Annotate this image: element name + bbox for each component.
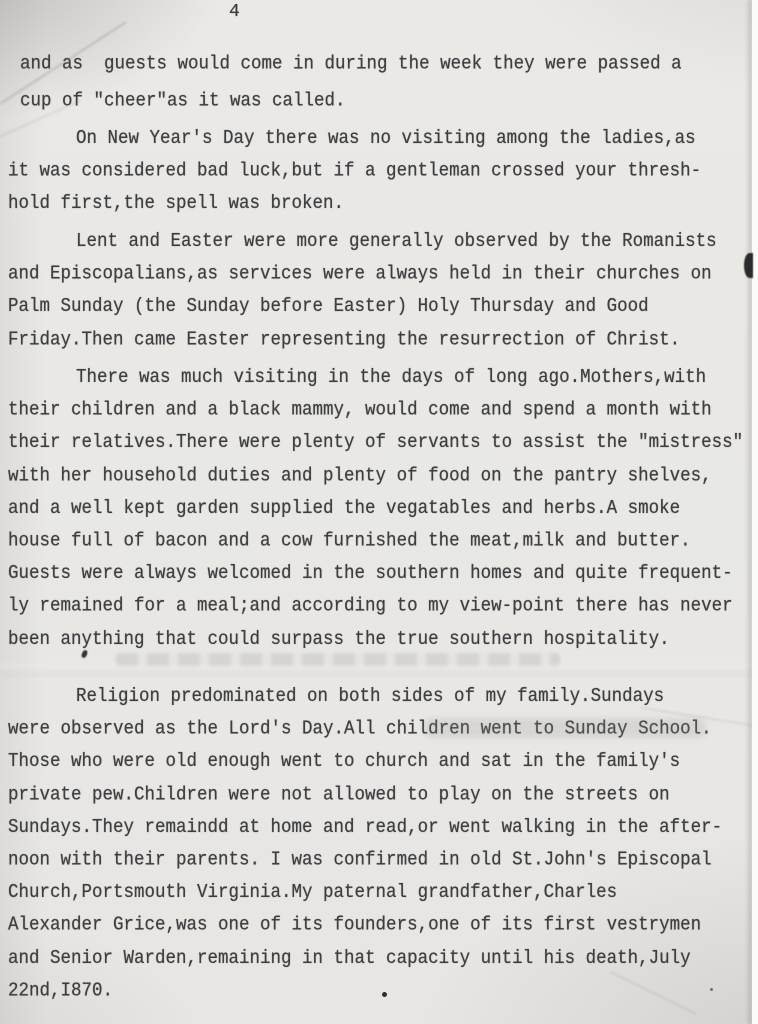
paper-edge-notch [744, 253, 753, 278]
paper-edge-shadow [745, 0, 752, 1024]
ink-speck [710, 988, 713, 991]
eraser-smudge [424, 718, 706, 738]
text-line: Alexander Grice,was one of its founders,… [8, 910, 754, 943]
text-line: been anything that could surpass the tru… [8, 624, 754, 657]
text-line: Those who were old enough went to church… [8, 746, 754, 779]
text-line: Palm Sunday (the Sunday before Easter) H… [8, 291, 754, 324]
text-line: There was much visiting in the days of l… [8, 362, 754, 395]
text-line: private pew.Children were not allowed to… [8, 779, 754, 812]
paragraph: There was much visiting in the days of l… [8, 362, 754, 656]
text-line: and as guests would come in during the w… [20, 46, 758, 83]
text-line: On New Year's Day there was no visiting … [8, 123, 754, 156]
text-line: their children and a black mammy, would … [8, 395, 754, 428]
text-line: noon with their parents. I was confirmed… [8, 845, 754, 878]
text-line: house full of bacon and a cow furnished … [8, 526, 754, 559]
scanned-typewritten-page: 4 and as guests would come in during the… [0, 0, 758, 1024]
text-line: cup of "cheer"as it was called. [20, 83, 758, 120]
text-line: hold first,the spell was broken. [8, 188, 754, 221]
text-line: their relatives.There were plenty of ser… [8, 427, 754, 460]
text-line: 22nd,I870. [8, 975, 754, 1008]
text-line: ly remained for a meal;and according to … [8, 591, 754, 624]
scanner-edge-strip [752, 0, 758, 1024]
text-line: Guests were always welcomed in the south… [8, 558, 754, 591]
text-line: Religion predominated on both sides of m… [8, 681, 754, 714]
text-line: it was considered bad luck,but if a gent… [8, 156, 754, 189]
text-line: Lent and Easter were more generally obse… [8, 226, 754, 259]
text-line: and a well kept garden supplied the vega… [8, 493, 754, 526]
text-line: and Senior Warden,remaining in that capa… [8, 943, 754, 976]
text-line: and Episcopalians,as services were alway… [8, 259, 754, 292]
text-line: Sundays.They remaindd at home and read,o… [8, 812, 754, 845]
text-line: Friday.Then came Easter representing the… [8, 324, 754, 357]
erased-text-smudge [116, 653, 560, 666]
text-line: with her household duties and plenty of … [8, 460, 754, 493]
paragraph: and as guests would come in during the w… [20, 46, 758, 120]
text-line: Church,Portsmouth Virginia.My paternal g… [8, 877, 754, 910]
page-number: 4 [229, 2, 240, 22]
paragraph: Lent and Easter were more generally obse… [8, 226, 754, 357]
ink-speck [382, 992, 387, 997]
paragraph: On New Year's Day there was no visiting … [8, 123, 754, 221]
